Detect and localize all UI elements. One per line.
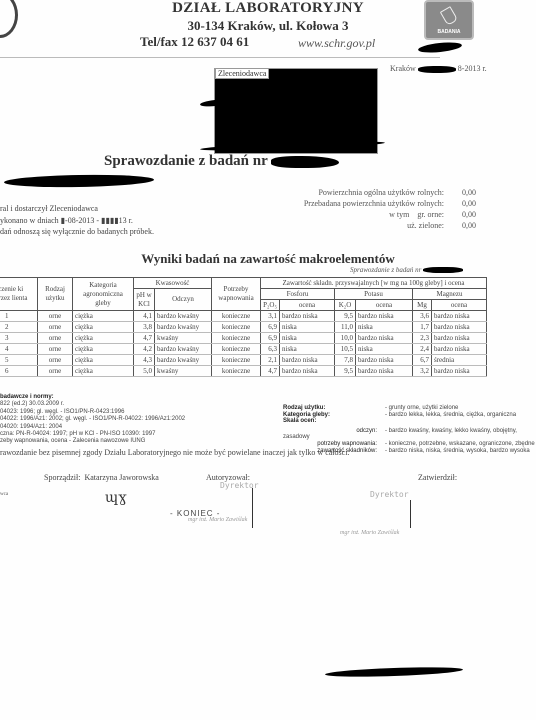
legend-value: - bardzo niska, niska, średnia, wysoka, … bbox=[385, 448, 530, 454]
ph-value: 4,7 bbox=[134, 333, 155, 344]
p-rating: niska bbox=[280, 344, 335, 355]
category: ciężka bbox=[73, 344, 134, 355]
flask-icon bbox=[440, 6, 458, 26]
client-fragment: wca bbox=[0, 492, 8, 497]
ph-value: 3,8 bbox=[134, 322, 155, 333]
p2o5-value: 6,9 bbox=[261, 333, 280, 344]
mg-rating: średnia bbox=[432, 355, 487, 366]
area-value: 0,00 bbox=[456, 220, 476, 231]
client-label: Zleceniodawca bbox=[215, 68, 269, 79]
col-magnesium: Magnezu bbox=[413, 289, 487, 300]
legend-key: odczyn: bbox=[283, 428, 385, 435]
reaction: kwaśny bbox=[155, 333, 212, 344]
col-potassium: Potasu bbox=[335, 289, 413, 300]
k2o-value: 10,5 bbox=[335, 344, 356, 355]
area-row: uż. zielone:0,00 bbox=[260, 220, 476, 231]
legend-value: - bardzo lekka, lekka, średnia, ciężka, … bbox=[385, 412, 516, 418]
p2o5-value: 4,7 bbox=[261, 366, 280, 377]
k2o-value: 11,0 bbox=[335, 322, 356, 333]
sample-id: 3 bbox=[0, 333, 38, 344]
col-use-type: Rodzaj użytku bbox=[38, 278, 73, 311]
area-value: 0,00 bbox=[456, 187, 476, 198]
p-rating: bardzo niska bbox=[280, 355, 335, 366]
stamp-name: mgr inż. Mario Zawiślak bbox=[188, 517, 247, 523]
legend-row: Rodzaj użytku:- grunty orne, użytki ziel… bbox=[283, 405, 536, 412]
stamp-title: Dyrektor bbox=[370, 490, 409, 499]
info-line: dań odnoszą się wyłącznie do badanych pr… bbox=[0, 227, 154, 236]
methods-block: badawcze i normy: 822 (ed.2) 30.03.2009 … bbox=[0, 394, 185, 446]
legend-value: - grunty orne, użytki zielone bbox=[385, 405, 458, 411]
legend-row: potrzeby wapnowania:- konieczne, potrzeb… bbox=[283, 441, 536, 448]
sample-id: 6 bbox=[0, 366, 38, 377]
col-sample: aczenie ki przez lienta bbox=[0, 278, 38, 311]
use-type: orne bbox=[38, 344, 73, 355]
report-title: Sprawozdanie z badań nr bbox=[104, 153, 339, 170]
ph-value: 4,2 bbox=[134, 344, 155, 355]
signature-mark bbox=[252, 488, 259, 528]
mg-rating: bardzo niska bbox=[432, 311, 487, 322]
use-type: orne bbox=[38, 355, 73, 366]
ph-value: 4,3 bbox=[134, 355, 155, 366]
method-line: 04020: 1994/Az1: 2004 bbox=[0, 424, 185, 431]
col-mg-rating: ocena bbox=[432, 300, 487, 311]
sample-id: 5 bbox=[0, 355, 38, 366]
mg-value: 3,2 bbox=[413, 366, 432, 377]
redaction-mark bbox=[418, 41, 463, 55]
website-link[interactable]: www.schr.gov.pl bbox=[298, 36, 375, 51]
category: ciężka bbox=[73, 355, 134, 366]
area-label: w tym gr. orne: bbox=[260, 209, 456, 220]
prepared-by: Sporządził: Katarzyna Jaworowska bbox=[44, 473, 159, 482]
method-line: 04023: 1996; gl. węgl. - ISO1/PN-R-0423:… bbox=[0, 409, 185, 416]
p2o5-value: 6,3 bbox=[261, 344, 280, 355]
prepared-label: Sporządził: bbox=[44, 473, 80, 482]
area-value: 0,00 bbox=[456, 198, 476, 209]
redaction-mark bbox=[423, 267, 463, 273]
col-k2o: K₂O bbox=[335, 300, 356, 311]
prepared-name: Katarzyna Jaworowska bbox=[84, 473, 158, 482]
area-label: Przebadana powierzchnia użytków rolnych: bbox=[260, 198, 456, 209]
col-p2o5: P₂O₅ bbox=[261, 300, 280, 311]
p2o5-value: 2,1 bbox=[261, 355, 280, 366]
method-line: 822 (ed.2) 30.03.2009 r. bbox=[0, 401, 185, 408]
legend-value: - konieczne, potrzebne, wskazane, ograni… bbox=[385, 441, 535, 447]
sample-id: 4 bbox=[0, 344, 38, 355]
p2o5-value: 6,9 bbox=[261, 322, 280, 333]
liming: konieczne bbox=[212, 355, 261, 366]
phone: Tel/fax 12 637 04 61 bbox=[140, 34, 249, 50]
k2o-value: 9,5 bbox=[335, 366, 356, 377]
col-acidity: Kwasowość bbox=[134, 278, 212, 289]
redaction-mark bbox=[325, 666, 463, 679]
sample-id: 1 bbox=[0, 311, 38, 322]
category: ciężka bbox=[73, 311, 134, 322]
liming: konieczne bbox=[212, 344, 261, 355]
results-title: Wyniki badań na zawartość makroelementów bbox=[0, 251, 536, 267]
badania-badge: BADANIA bbox=[424, 0, 474, 40]
k2o-value: 7,8 bbox=[335, 355, 356, 366]
stamp-name: mgr inż. Mario Zawiślak bbox=[340, 530, 399, 536]
mg-rating: bardzo niska bbox=[432, 333, 487, 344]
report-title-text: Sprawozdanie z badań nr bbox=[104, 153, 268, 169]
mg-rating: bardzo niska bbox=[432, 366, 487, 377]
legend-key: Kategoria gleby: bbox=[283, 412, 385, 419]
k-rating: niska bbox=[356, 344, 413, 355]
date-suffix: 8-2013 r. bbox=[458, 64, 487, 73]
area-value: 0,00 bbox=[456, 209, 476, 220]
report-number-redacted bbox=[271, 156, 339, 168]
table-row: 5orneciężka4,3bardzo kwaśnykonieczne2,1b… bbox=[0, 355, 487, 366]
results-ref-text: Sprawozdanie z badań nr bbox=[350, 266, 421, 274]
method-line: czna: PN-R-04024: 1997; pH w KCl - PN-IS… bbox=[0, 431, 185, 438]
use-type: orne bbox=[38, 322, 73, 333]
legend-row: odczyn:- bardzo kwaśny, kwaśny, lekko kw… bbox=[283, 428, 536, 441]
area-row: Powierzchnia ogólna użytków rolnych:0,00 bbox=[260, 187, 476, 198]
col-k-rating: ocena bbox=[356, 300, 413, 311]
table-row: 6orneciężka5,0kwaśnykonieczne4,7bardzo n… bbox=[0, 366, 487, 377]
legend-row: Kategoria gleby:- bardzo lekka, lekka, ś… bbox=[283, 412, 536, 419]
use-type: orne bbox=[38, 333, 73, 344]
use-type: orne bbox=[38, 311, 73, 322]
reaction: bardzo kwaśny bbox=[155, 311, 212, 322]
area-label: Powierzchnia ogólna użytków rolnych: bbox=[260, 187, 456, 198]
redaction-mark bbox=[418, 66, 456, 73]
p-rating: bardzo niska bbox=[280, 366, 335, 377]
col-ph: pH w KCl bbox=[134, 289, 155, 311]
reaction: bardzo kwaśny bbox=[155, 322, 212, 333]
col-mg: Mg bbox=[413, 300, 432, 311]
legend-key: Rodzaj użytku: bbox=[283, 405, 385, 412]
method-line: 04022: 1996/Az1: 2002; gl. węgl. - ISO1/… bbox=[0, 416, 185, 423]
k-rating: niska bbox=[356, 322, 413, 333]
ph-value: 4,1 bbox=[134, 311, 155, 322]
p-rating: niska bbox=[280, 333, 335, 344]
date-line: Kraków 8-2013 r. bbox=[390, 64, 487, 73]
col-category: Kategoria agronomiczna gleby bbox=[73, 278, 134, 311]
category: ciężka bbox=[73, 366, 134, 377]
area-row: w tym gr. orne:0,00 bbox=[260, 209, 476, 220]
k-rating: bardzo niska bbox=[356, 355, 413, 366]
mg-value: 2,4 bbox=[413, 344, 432, 355]
k2o-value: 10,0 bbox=[335, 333, 356, 344]
method-line: zeby wapnowania, ocena - Zalecenia nawoz… bbox=[0, 438, 185, 445]
signature-mark bbox=[410, 500, 419, 528]
table-row: 2orneciężka3,8bardzo kwaśnykonieczne6,9n… bbox=[0, 322, 487, 333]
mg-value: 3,6 bbox=[413, 311, 432, 322]
table-row: 4orneciężka4,2bardzo kwaśnykonieczne6,3n… bbox=[0, 344, 487, 355]
mg-value: 6,7 bbox=[413, 355, 432, 366]
p-rating: bardzo niska bbox=[280, 311, 335, 322]
sample-id: 2 bbox=[0, 322, 38, 333]
ph-value: 5,0 bbox=[134, 366, 155, 377]
k-rating: bardzo niska bbox=[356, 366, 413, 377]
area-label: uż. zielone: bbox=[260, 220, 456, 231]
category: ciężka bbox=[73, 333, 134, 344]
copyright-notice: rawozdanie bez pisemnej zgody Działu Lab… bbox=[0, 448, 349, 457]
results-table: aczenie ki przez lienta Rodzaj użytku Ka… bbox=[0, 277, 487, 377]
k-rating: bardzo niska bbox=[356, 333, 413, 344]
date-prefix: Kraków bbox=[390, 64, 416, 73]
mg-value: 2,3 bbox=[413, 333, 432, 344]
use-type: orne bbox=[38, 366, 73, 377]
k-rating: bardzo niska bbox=[356, 311, 413, 322]
p-rating: niska bbox=[280, 322, 335, 333]
legend-row: Skala ocen: bbox=[283, 418, 536, 425]
approved-label: Zatwierdził: bbox=[418, 473, 457, 482]
reaction: bardzo kwaśny bbox=[155, 355, 212, 366]
table-row: 1orneciężka4,1bardzo kwaśnykonieczne3,1b… bbox=[0, 311, 487, 322]
reaction: kwaśny bbox=[155, 366, 212, 377]
table-row: 3orneciężka4,7kwaśnykonieczne6,9niska10,… bbox=[0, 333, 487, 344]
col-liming: Potrzeby wapnowania bbox=[212, 278, 261, 311]
k2o-value: 9,5 bbox=[335, 311, 356, 322]
mg-rating: bardzo niska bbox=[432, 322, 487, 333]
results-ref: Sprawozdanie z badań nr bbox=[350, 266, 463, 274]
badge-label: BADANIA bbox=[426, 29, 472, 35]
p2o5-value: 3,1 bbox=[261, 311, 280, 322]
info-line: ral i dostarczył Zleceniodawca bbox=[0, 204, 98, 213]
legend-block: Rodzaj użytku:- grunty orne, użytki ziel… bbox=[283, 405, 536, 454]
mg-rating: bardzo niska bbox=[432, 344, 487, 355]
legend-key: Skala ocen: bbox=[283, 418, 385, 425]
reaction: bardzo kwaśny bbox=[155, 344, 212, 355]
category: ciężka bbox=[73, 322, 134, 333]
areas-summary: Powierzchnia ogólna użytków rolnych:0,00… bbox=[260, 187, 476, 231]
liming: konieczne bbox=[212, 366, 261, 377]
liming: konieczne bbox=[212, 311, 261, 322]
redaction-mark bbox=[4, 174, 154, 189]
liming: konieczne bbox=[212, 333, 261, 344]
liming: konieczne bbox=[212, 322, 261, 333]
legend-key: potrzeby wapnowania: bbox=[283, 441, 385, 448]
col-p-rating: ocena bbox=[280, 300, 335, 311]
mg-value: 1,7 bbox=[413, 322, 432, 333]
info-line: ykonano w dniach ▮-08-2013 - ▮▮▮▮13 r. bbox=[0, 216, 133, 225]
col-reaction: Odczyn bbox=[155, 289, 212, 311]
col-phosphorus: Fosforu bbox=[261, 289, 335, 300]
header-divider bbox=[0, 57, 440, 58]
col-content: Zawartość składn. przyswajalnych [w mg n… bbox=[261, 278, 487, 289]
area-row: Przebadana powierzchnia użytków rolnych:… bbox=[260, 198, 476, 209]
methods-title: badawcze i normy: bbox=[0, 394, 54, 400]
signature-mark: ɰɣ bbox=[105, 490, 127, 506]
